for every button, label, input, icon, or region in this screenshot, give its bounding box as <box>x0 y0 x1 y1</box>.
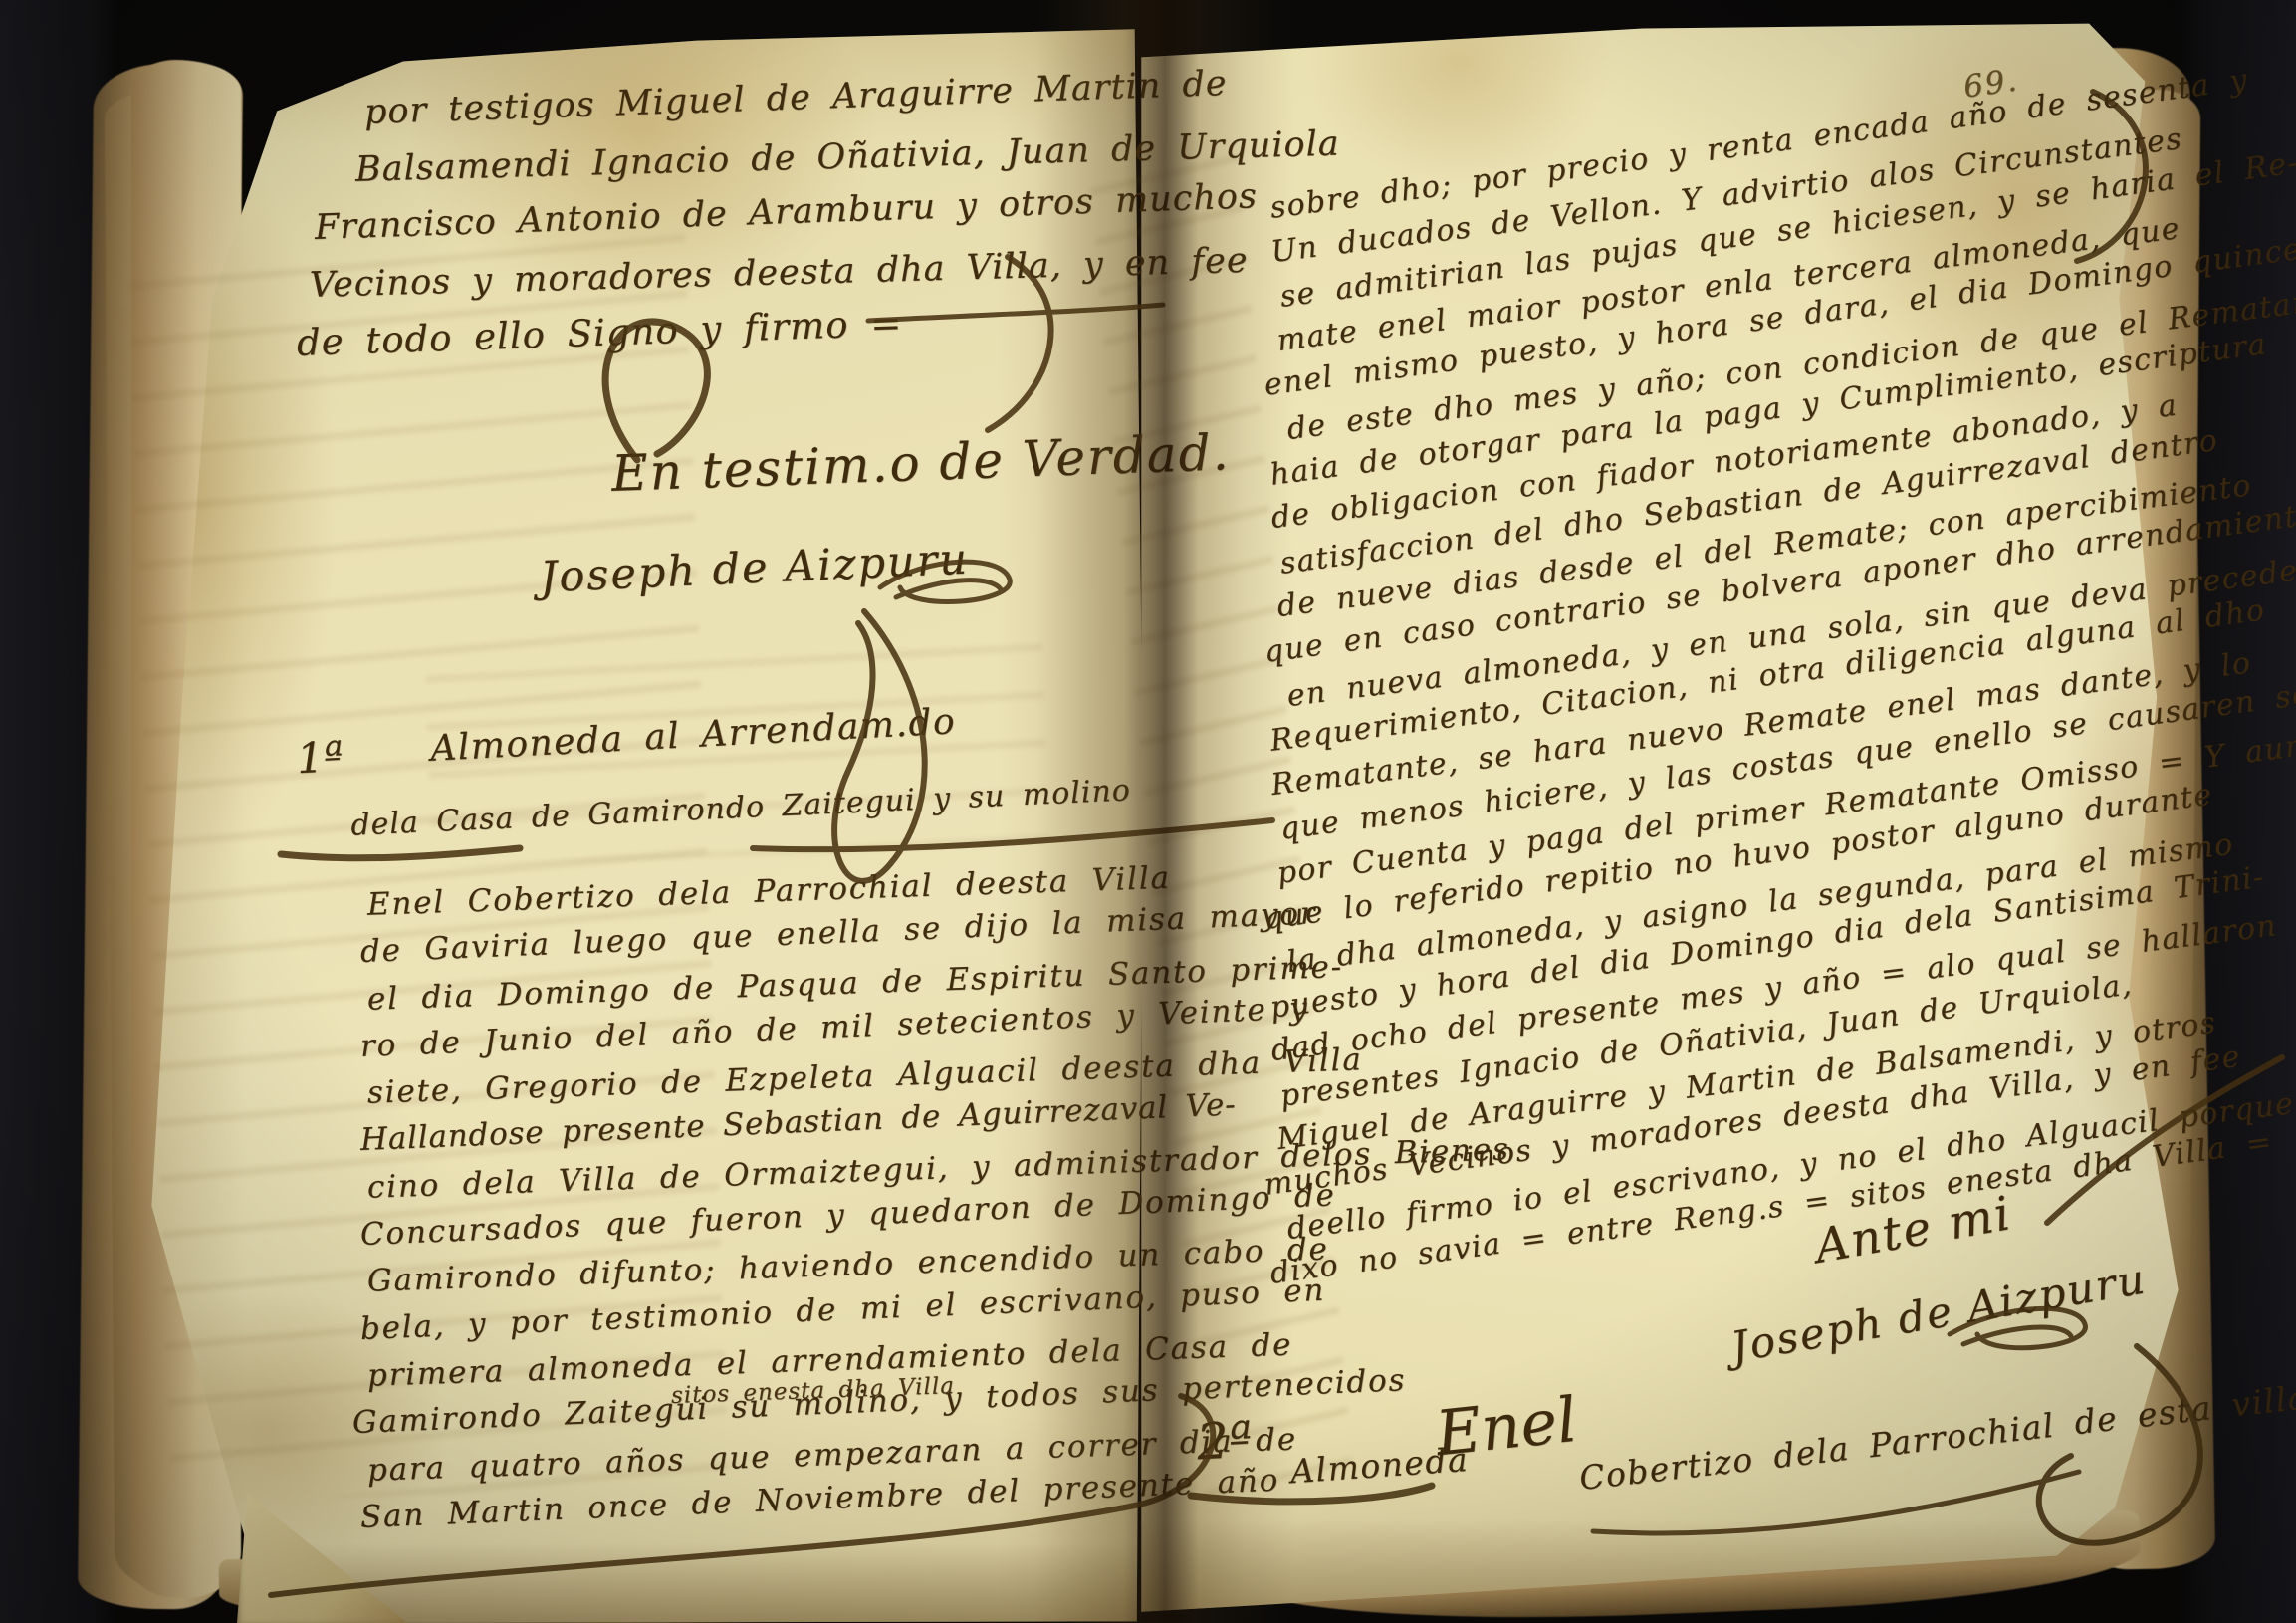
right-page-body-paragraph: sobre dho; por precio y renta encada año… <box>1270 187 2117 1297</box>
footer-enel: Enel <box>1433 1383 1581 1470</box>
left-page-intro-paragraph: por testigos Miguel de Araguirre Martin … <box>348 84 1185 372</box>
footer-numeral: 2ª <box>1196 1411 1255 1472</box>
photo-canvas: { "folio_number": "69.", "left_page": { … <box>0 0 2296 1623</box>
left-page-body-paragraph: sitos enesta dha Villa Enel Cobertizo de… <box>360 882 1227 1541</box>
margin-note-numeral: 1ª <box>296 732 344 783</box>
